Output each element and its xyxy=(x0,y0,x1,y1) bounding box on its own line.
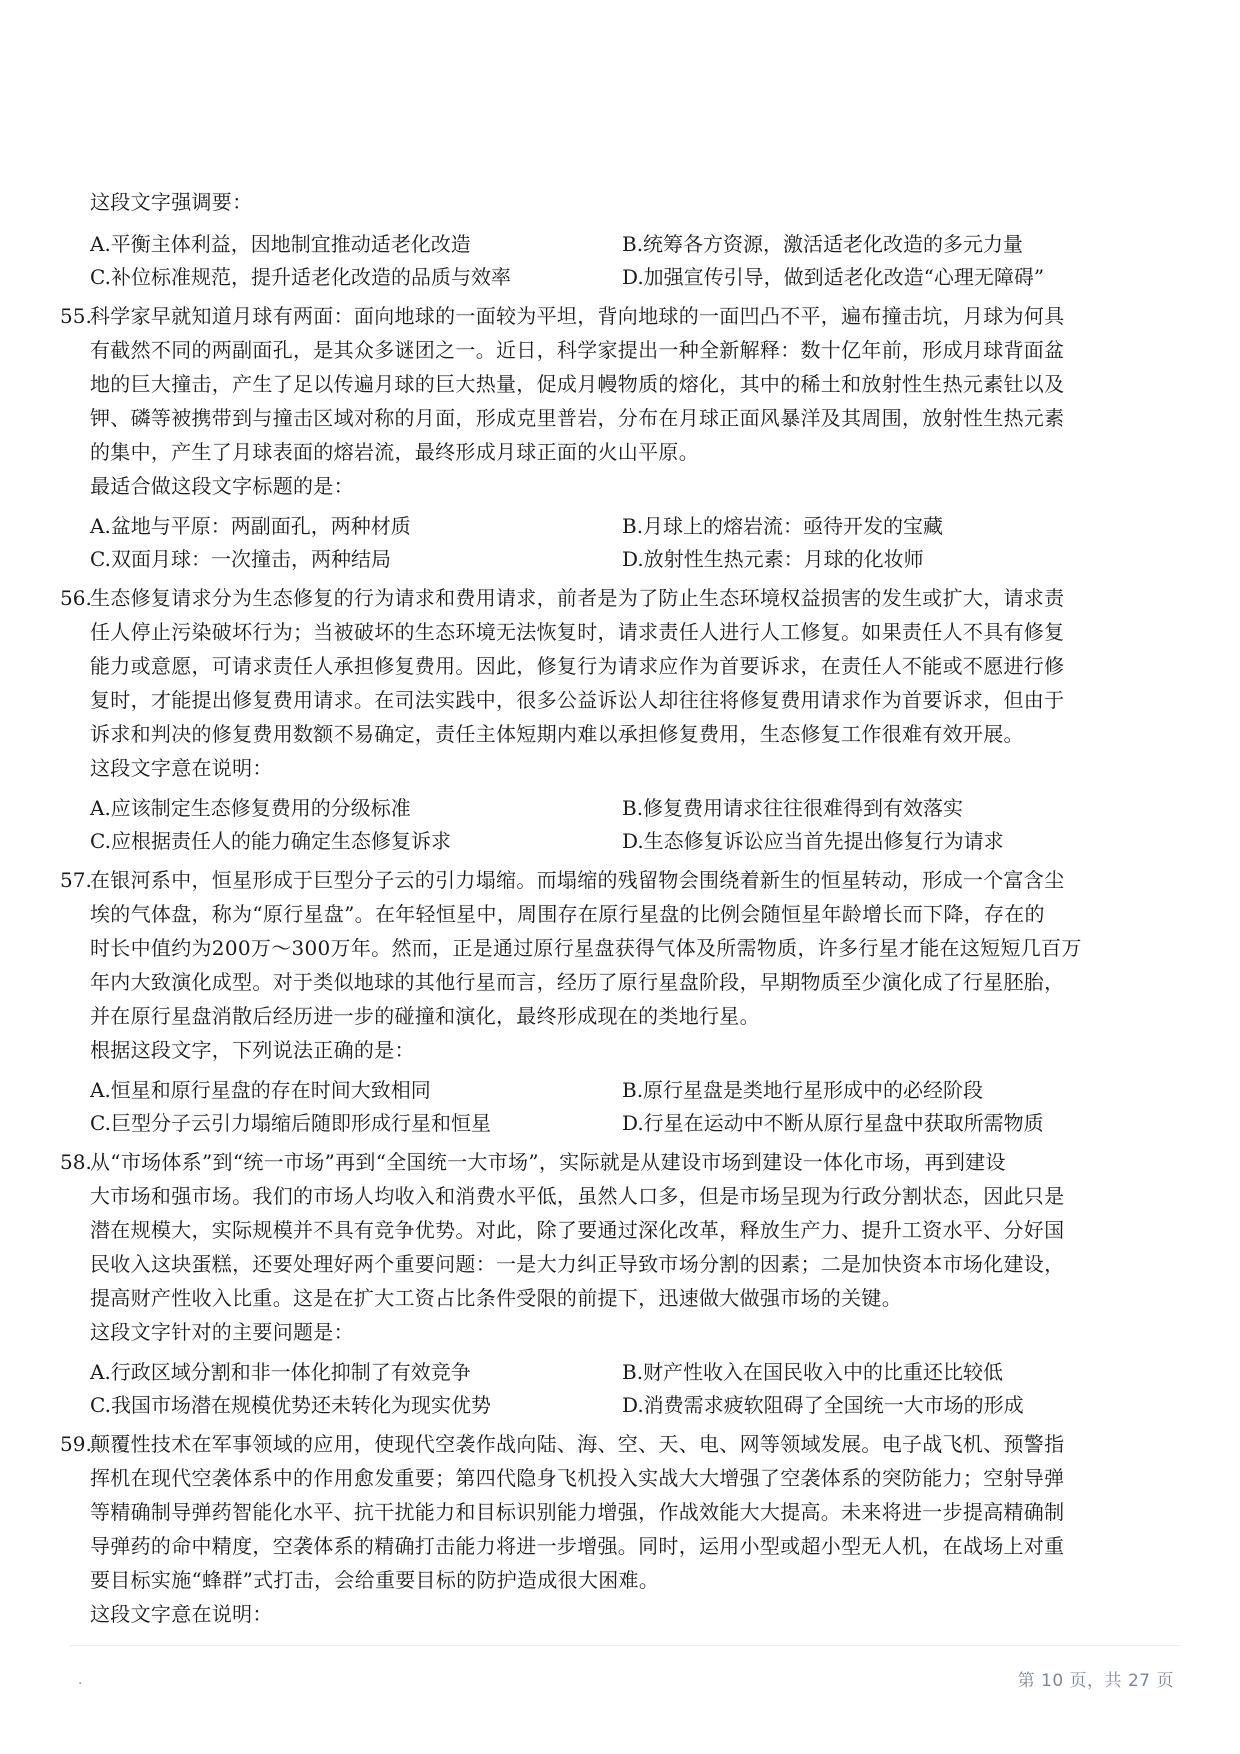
passage-line: 民收入这块蛋糕，还要处理好两个重要问题：一是大力纠正导致市场分割的因素；二是加快… xyxy=(90,1252,1064,1276)
passage-line: 诉求和判决的修复费用数额不易确定，责任主体短期内难以承担修复费用，生态修复工作很… xyxy=(90,722,1024,746)
passage-line: 颠覆性技术在军事领域的应用，使现代空袭作战向陆、海、空、天、电、网等领域发展。电… xyxy=(90,1432,1064,1456)
option-b: B.统筹各方资源，激活适老化改造的多元力量 xyxy=(622,232,1023,256)
passage-line: 大市场和强市场。我们的市场人均收入和消费水平低，虽然人口多，但是市场呈现为行政分… xyxy=(90,1184,1064,1208)
footer-marker: · xyxy=(78,1676,82,1692)
passage-line: 能力或意愿，可请求责任人承担修复费用。因此，修复行为请求应作为首要诉求，在责任人… xyxy=(90,654,1064,678)
passage-line: 有截然不同的两副面孔，是其众多谜团之一。近日，科学家提出一种全新解释：数十亿年前… xyxy=(90,338,1064,362)
option-d: D.行星在运动中不断从原行星盘中获取所需物质 xyxy=(622,1111,1044,1135)
question-number: 56. xyxy=(60,586,92,610)
passage-line: 科学家早就知道月球有两面：面向地球的一面较为平坦，背向地球的一面凹凸不平，遍布撞… xyxy=(90,304,1064,328)
passage-line: 要目标实施“蜂群”式打击，会给重要目标的防护造成很大困难。 xyxy=(90,1568,659,1592)
option-d: D.生态修复诉讼应当首先提出修复行为请求 xyxy=(622,829,1004,853)
question-prompt: 这段文字强调要： xyxy=(90,190,252,214)
passage-line: 任人停止污染破坏行为；当被破坏的生态环境无法恢复时，请求责任人进行人工修复。如果… xyxy=(90,620,1064,644)
passage-line: 复时，才能提出修复费用请求。在司法实践中，很多公益诉讼人却往往将修复费用请求作为… xyxy=(90,688,1064,712)
question-number: 59. xyxy=(60,1432,92,1456)
option-a: A.恒星和原行星盘的存在时间大致相同 xyxy=(90,1078,431,1102)
question-prompt: 根据这段文字，下列说法正确的是： xyxy=(90,1038,415,1062)
option-c: C.巨型分子云引力塌缩后随即形成行星和恒星 xyxy=(90,1111,491,1135)
option-b: B.修复费用请求往往很难得到有效落实 xyxy=(622,796,963,820)
passage-line: 等精确制导弹药智能化水平、抗干扰能力和目标识别能力增强，作战效能大大提高。未来将… xyxy=(90,1500,1064,1524)
option-c: C.双面月球：一次撞击，两种结局 xyxy=(90,547,391,571)
passage-line: 在银河系中，恒星形成于巨型分子云的引力塌缩。而塌缩的残留物会围绕着新生的恒星转动… xyxy=(90,868,1064,892)
question-prompt: 这段文字针对的主要问题是： xyxy=(90,1320,354,1344)
option-a: A.平衡主体利益，因地制宜推动适老化改造 xyxy=(90,232,471,256)
footer-divider xyxy=(70,1645,1180,1646)
question-prompt: 这段文字意在说明： xyxy=(90,756,273,780)
option-d: D.消费需求疲软阻碍了全国统一大市场的形成 xyxy=(622,1393,1024,1417)
passage-line: 潜在规模大，实际规模并不具有竞争优势。对此，除了要通过深化改革，释放生产力、提升… xyxy=(90,1218,1064,1242)
exam-page: 这段文字强调要： A.平衡主体利益，因地制宜推动适老化改造 B.统筹各方资源，激… xyxy=(0,0,1240,1754)
option-a: A.行政区域分割和非一体化抑制了有效竞争 xyxy=(90,1360,471,1384)
question-number: 58. xyxy=(60,1150,92,1174)
passage-line: 地的巨大撞击，产生了足以传遍月球的巨大热量，促成月幔物质的熔化，其中的稀土和放射… xyxy=(90,372,1064,396)
passage-line: 生态修复请求分为生态修复的行为请求和费用请求，前者是为了防止生态环境权益损害的发… xyxy=(90,586,1064,610)
passage-line: 导弹药的命中精度，空袭体系的精确打击能力将进一步增强。同时，运用小型或超小型无人… xyxy=(90,1534,1064,1558)
option-c: C.我国市场潜在规模优势还未转化为现实优势 xyxy=(90,1393,491,1417)
option-b: B.原行星盘是类地行星形成中的必经阶段 xyxy=(622,1078,983,1102)
passage-line: 埃的气体盘，称为“原行星盘”。在年轻恒星中，周围存在原行星盘的比例会随恒星年龄增… xyxy=(90,902,1045,926)
option-d: D.加强宣传引导，做到适老化改造“心理无障碍” xyxy=(622,265,1044,289)
passage-line: 提高财产性收入比重。这是在扩大工资占比条件受限的前提下，迅速做大做强市场的关键。 xyxy=(90,1286,902,1310)
option-a: A.应该制定生态修复费用的分级标准 xyxy=(90,796,411,820)
passage-line: 钾、磷等被携带到与撞击区域对称的月面，形成克里普岩，分布在月球正面风暴洋及其周围… xyxy=(90,406,1064,430)
passage-line: 的集中，产生了月球表面的熔岩流，最终形成月球正面的火山平原。 xyxy=(90,440,699,464)
page-number: 第 10 页，共 27 页 xyxy=(1018,1666,1174,1691)
passage-line: 挥机在现代空袭体系中的作用愈发重要；第四代隐身飞机投入实战大大增强了空袭体系的突… xyxy=(90,1466,1064,1490)
option-a: A.盆地与平原：两副面孔，两种材质 xyxy=(90,514,411,538)
question-number: 57. xyxy=(60,868,92,892)
option-c: C.补位标准规范，提升适老化改造的品质与效率 xyxy=(90,265,511,289)
option-c: C.应根据责任人的能力确定生态修复诉求 xyxy=(90,829,451,853)
passage-line: 年内大致演化成型。对于类似地球的其他行星而言，经历了原行星盘阶段，早期物质至少演… xyxy=(90,970,1064,994)
question-prompt: 最适合做这段文字标题的是： xyxy=(90,474,354,498)
question-number: 55. xyxy=(60,304,92,328)
passage-line: 从“市场体系”到“统一市场”再到“全国统一大市场”，实际就是从建设市场到建设一体… xyxy=(90,1150,1006,1174)
option-b: B.月球上的熔岩流：亟待开发的宝藏 xyxy=(622,514,943,538)
passage-line: 并在原行星盘消散后经历进一步的碰撞和演化，最终形成现在的类地行星。 xyxy=(90,1004,760,1028)
option-d: D.放射性生热元素：月球的化妆师 xyxy=(622,547,924,571)
passage-line: 时长中值约为200万～300万年。然而，正是通过原行星盘获得气体及所需物质，许多… xyxy=(90,936,1082,960)
question-prompt: 这段文字意在说明： xyxy=(90,1602,273,1626)
option-b: B.财产性收入在国民收入中的比重还比较低 xyxy=(622,1360,1003,1384)
